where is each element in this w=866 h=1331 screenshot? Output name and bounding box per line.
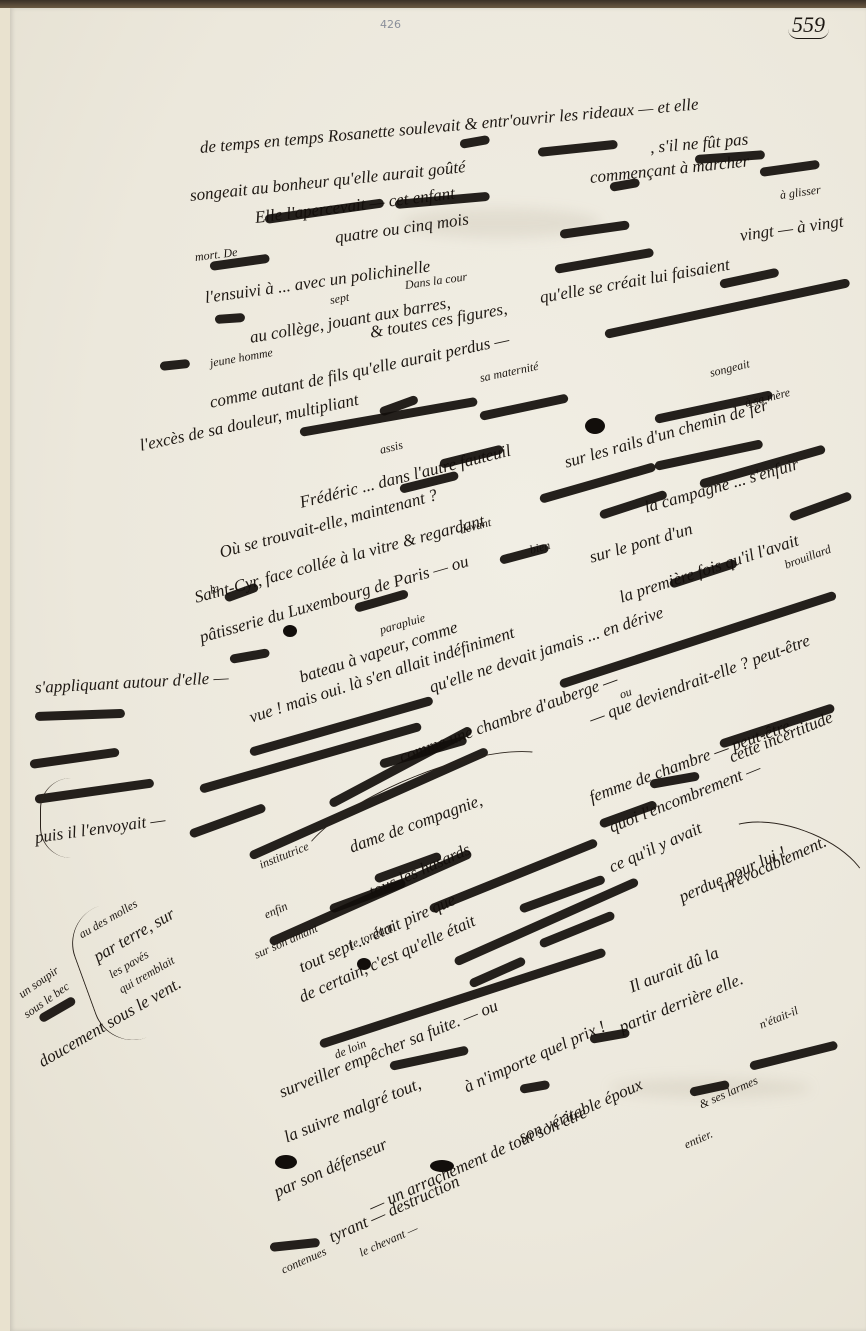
strikethrough-mark [215,313,246,324]
ink-blot [357,958,371,970]
strikethrough-mark [160,359,191,371]
manuscript-line: sept [329,290,351,308]
manuscript-line: vingt — à vingt [739,212,845,246]
strikethrough-mark [759,160,820,177]
manuscript-line: — que deviendrait-elle ? peut-être [587,631,813,730]
manuscript-line: s'appliquant autour d'elle — [34,668,229,698]
insertion-curve [701,803,866,935]
manuscript-page: 426 559 de temps en temps Rosanette soul… [10,8,866,1331]
manuscript-line: enfin [262,899,290,922]
ink-blot [275,1155,297,1169]
manuscript-line: sur le pont d'un [587,519,695,567]
ink-blot [430,1160,454,1172]
manuscript-line: sa maternité [478,359,539,386]
strikethrough-mark [188,803,266,839]
manuscript-line: jeune homme [209,345,274,371]
manuscript-line: entier. [682,1127,715,1153]
ink-blot [283,625,297,637]
manuscript-line: à glisser [779,182,822,203]
strikethrough-mark [518,874,606,913]
strikethrough-mark [538,140,619,157]
manuscript-line: de temps en temps Rosanette soulevait & … [199,94,699,158]
strikethrough-mark [749,1040,839,1071]
strikethrough-mark [479,393,569,421]
strikethrough-mark [519,1080,550,1094]
strikethrough-mark [459,135,490,149]
strikethrough-mark [35,709,125,721]
strikethrough-mark [229,648,270,664]
manuscript-line: assis [378,438,404,458]
ink-blot [585,418,605,434]
strikethrough-mark [29,748,119,769]
manuscript-line: n'était-il [757,1003,800,1032]
manuscript-line: songeait [708,356,751,380]
folio-number: 559 [788,12,829,39]
book-binding-edge [0,0,866,8]
strikethrough-mark [788,491,852,522]
folio-stamp: 426 [380,18,401,31]
